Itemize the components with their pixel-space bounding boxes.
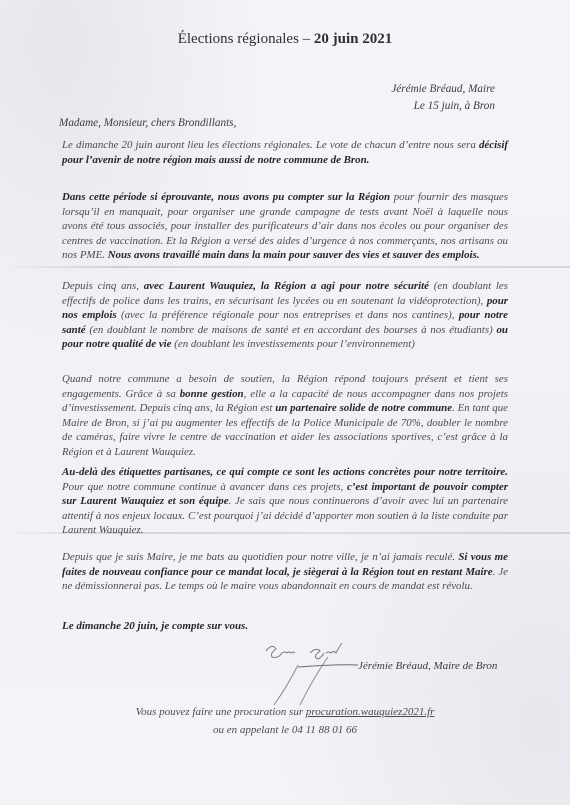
sender-block: Jérémie Bréaud, Maire Le 15 juin, à Bron	[391, 81, 495, 115]
document-title: Élections régionales – 20 juin 2021	[0, 31, 570, 48]
body-text: (en doublant le nombre de maisons de san…	[86, 324, 497, 336]
proxy-prefix: Vous pouvez faire une procuration sur	[136, 706, 306, 718]
emphasis-text: Nous avons travaillé main dans la main p…	[108, 249, 480, 261]
signer-name: Jérémie Bréaud, Maire de Bron	[358, 660, 497, 672]
closing-line: Le dimanche 20 juin, je compte sur vous.	[62, 620, 248, 632]
body-paragraph: Depuis cinq ans, avec Laurent Wauquiez, …	[62, 279, 508, 352]
signature-icon	[258, 643, 378, 708]
body-paragraph: Quand notre commune a besoin de soutien,…	[62, 372, 508, 460]
emphasis-text: Dans cette période si éprouvante, nous a…	[62, 191, 390, 203]
body-paragraph: Depuis que je suis Maire, je me bats au …	[62, 550, 508, 594]
body-text: Le dimanche 20 juin auront lieu les élec…	[62, 139, 479, 151]
body-text: Pour que notre commune continue à avance…	[62, 481, 347, 493]
emphasis-text: bonne gestion	[180, 388, 244, 400]
title-regular: Élections régionales –	[178, 31, 314, 47]
sender-name: Jérémie Bréaud, Maire	[391, 81, 495, 98]
proxy-phone: ou en appelant le 04 11 88 01 66	[0, 721, 570, 739]
body-paragraph: Au-delà des étiquettes partisanes, ce qu…	[62, 465, 508, 538]
body-paragraph: Le dimanche 20 juin auront lieu les élec…	[62, 138, 508, 167]
letter-page: Élections régionales – 20 juin 2021 Jéré…	[0, 0, 570, 805]
emphasis-text: Au-delà des étiquettes partisanes, ce qu…	[62, 466, 508, 478]
body-text: Depuis cinq ans,	[62, 280, 144, 292]
proxy-link[interactable]: procuration.wauquiez2021.fr	[306, 706, 435, 718]
body-paragraph: Dans cette période si éprouvante, nous a…	[62, 190, 508, 263]
paper-fold-line	[0, 266, 570, 268]
emphasis-text: avec Laurent Wauquiez, la Région a agi p…	[144, 280, 429, 292]
sender-date-place: Le 15 juin, à Bron	[391, 98, 495, 115]
body-text: (en doublant les investissements pour l’…	[172, 338, 415, 350]
title-date: 20 juin 2021	[314, 31, 392, 47]
salutation: Madame, Monsieur, chers Brondillants,	[59, 117, 236, 129]
emphasis-text: un partenaire solide de notre commune	[275, 402, 452, 414]
proxy-info: Vous pouvez faire une procuration sur pr…	[0, 703, 570, 739]
proxy-line-1: Vous pouvez faire une procuration sur pr…	[0, 703, 570, 721]
body-text: Depuis que je suis Maire, je me bats au …	[62, 551, 458, 563]
body-text: (avec la préférence régionale pour nos e…	[117, 309, 459, 321]
